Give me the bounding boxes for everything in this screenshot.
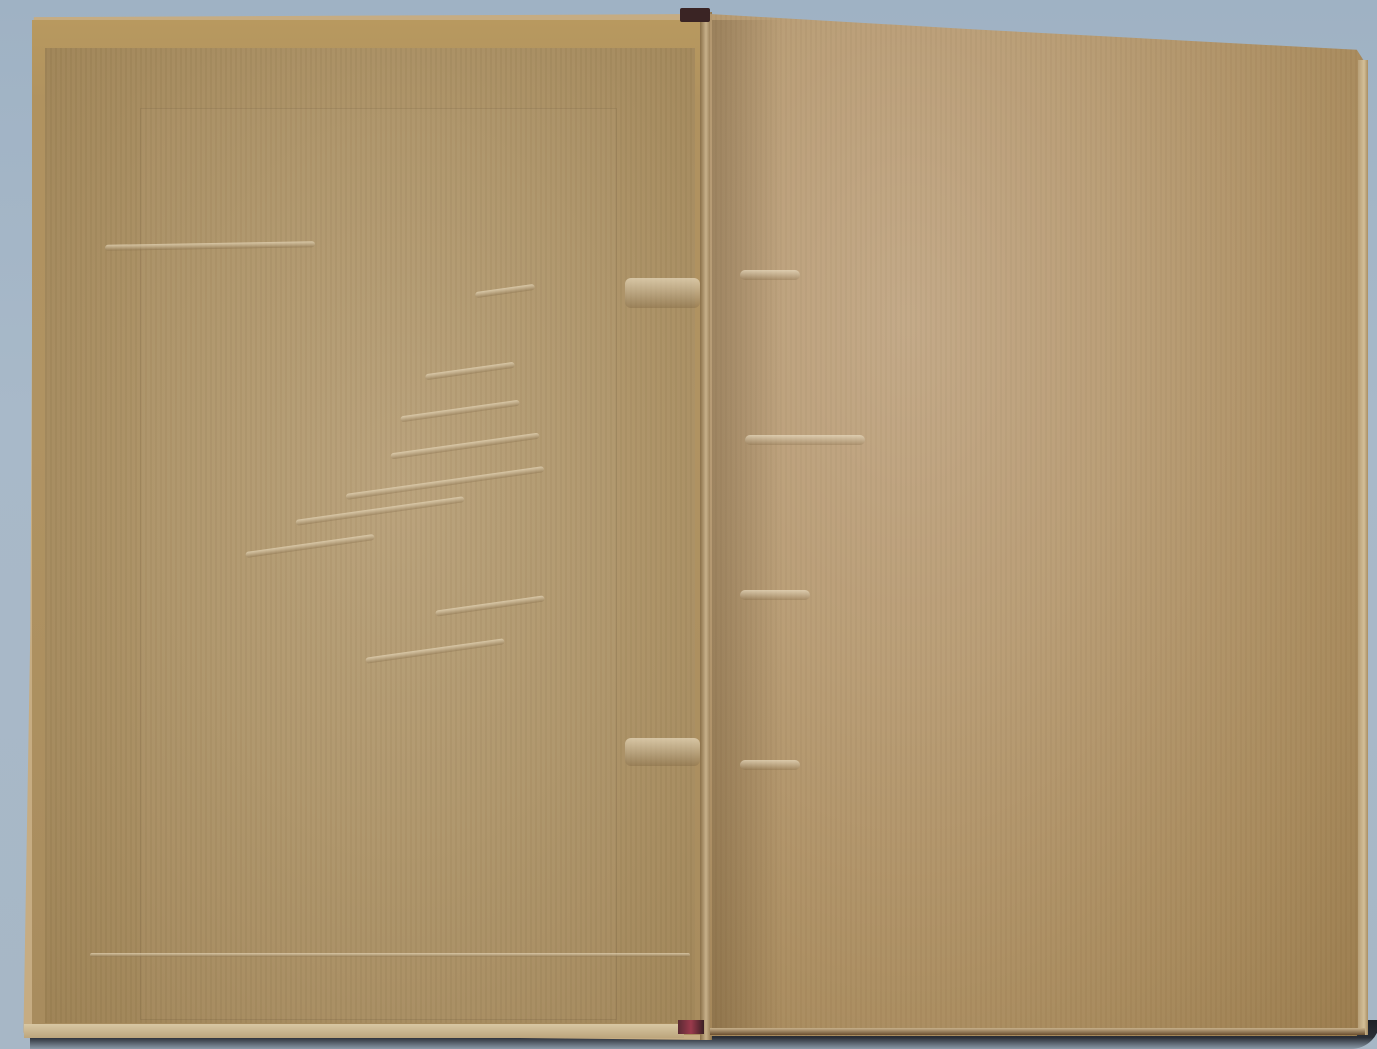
free-endpaper bbox=[710, 14, 1370, 1036]
spine-tailcap bbox=[678, 1020, 704, 1034]
paper-wrinkle bbox=[90, 953, 690, 957]
page-crease bbox=[740, 270, 800, 280]
page-crease bbox=[745, 435, 865, 445]
front-pastedown bbox=[45, 48, 695, 1023]
spine-headcap bbox=[680, 8, 710, 22]
page-bottom-edge bbox=[710, 1028, 1365, 1035]
gutter-shadow bbox=[712, 20, 782, 1030]
page-crease bbox=[740, 590, 810, 600]
page-crease bbox=[740, 760, 800, 770]
book-photo bbox=[0, 0, 1377, 1049]
paper-wrinkle bbox=[625, 278, 700, 308]
cover-bottom-edge bbox=[24, 1024, 684, 1038]
paper-wrinkle bbox=[625, 738, 700, 766]
page-block-edge bbox=[1358, 60, 1368, 1035]
